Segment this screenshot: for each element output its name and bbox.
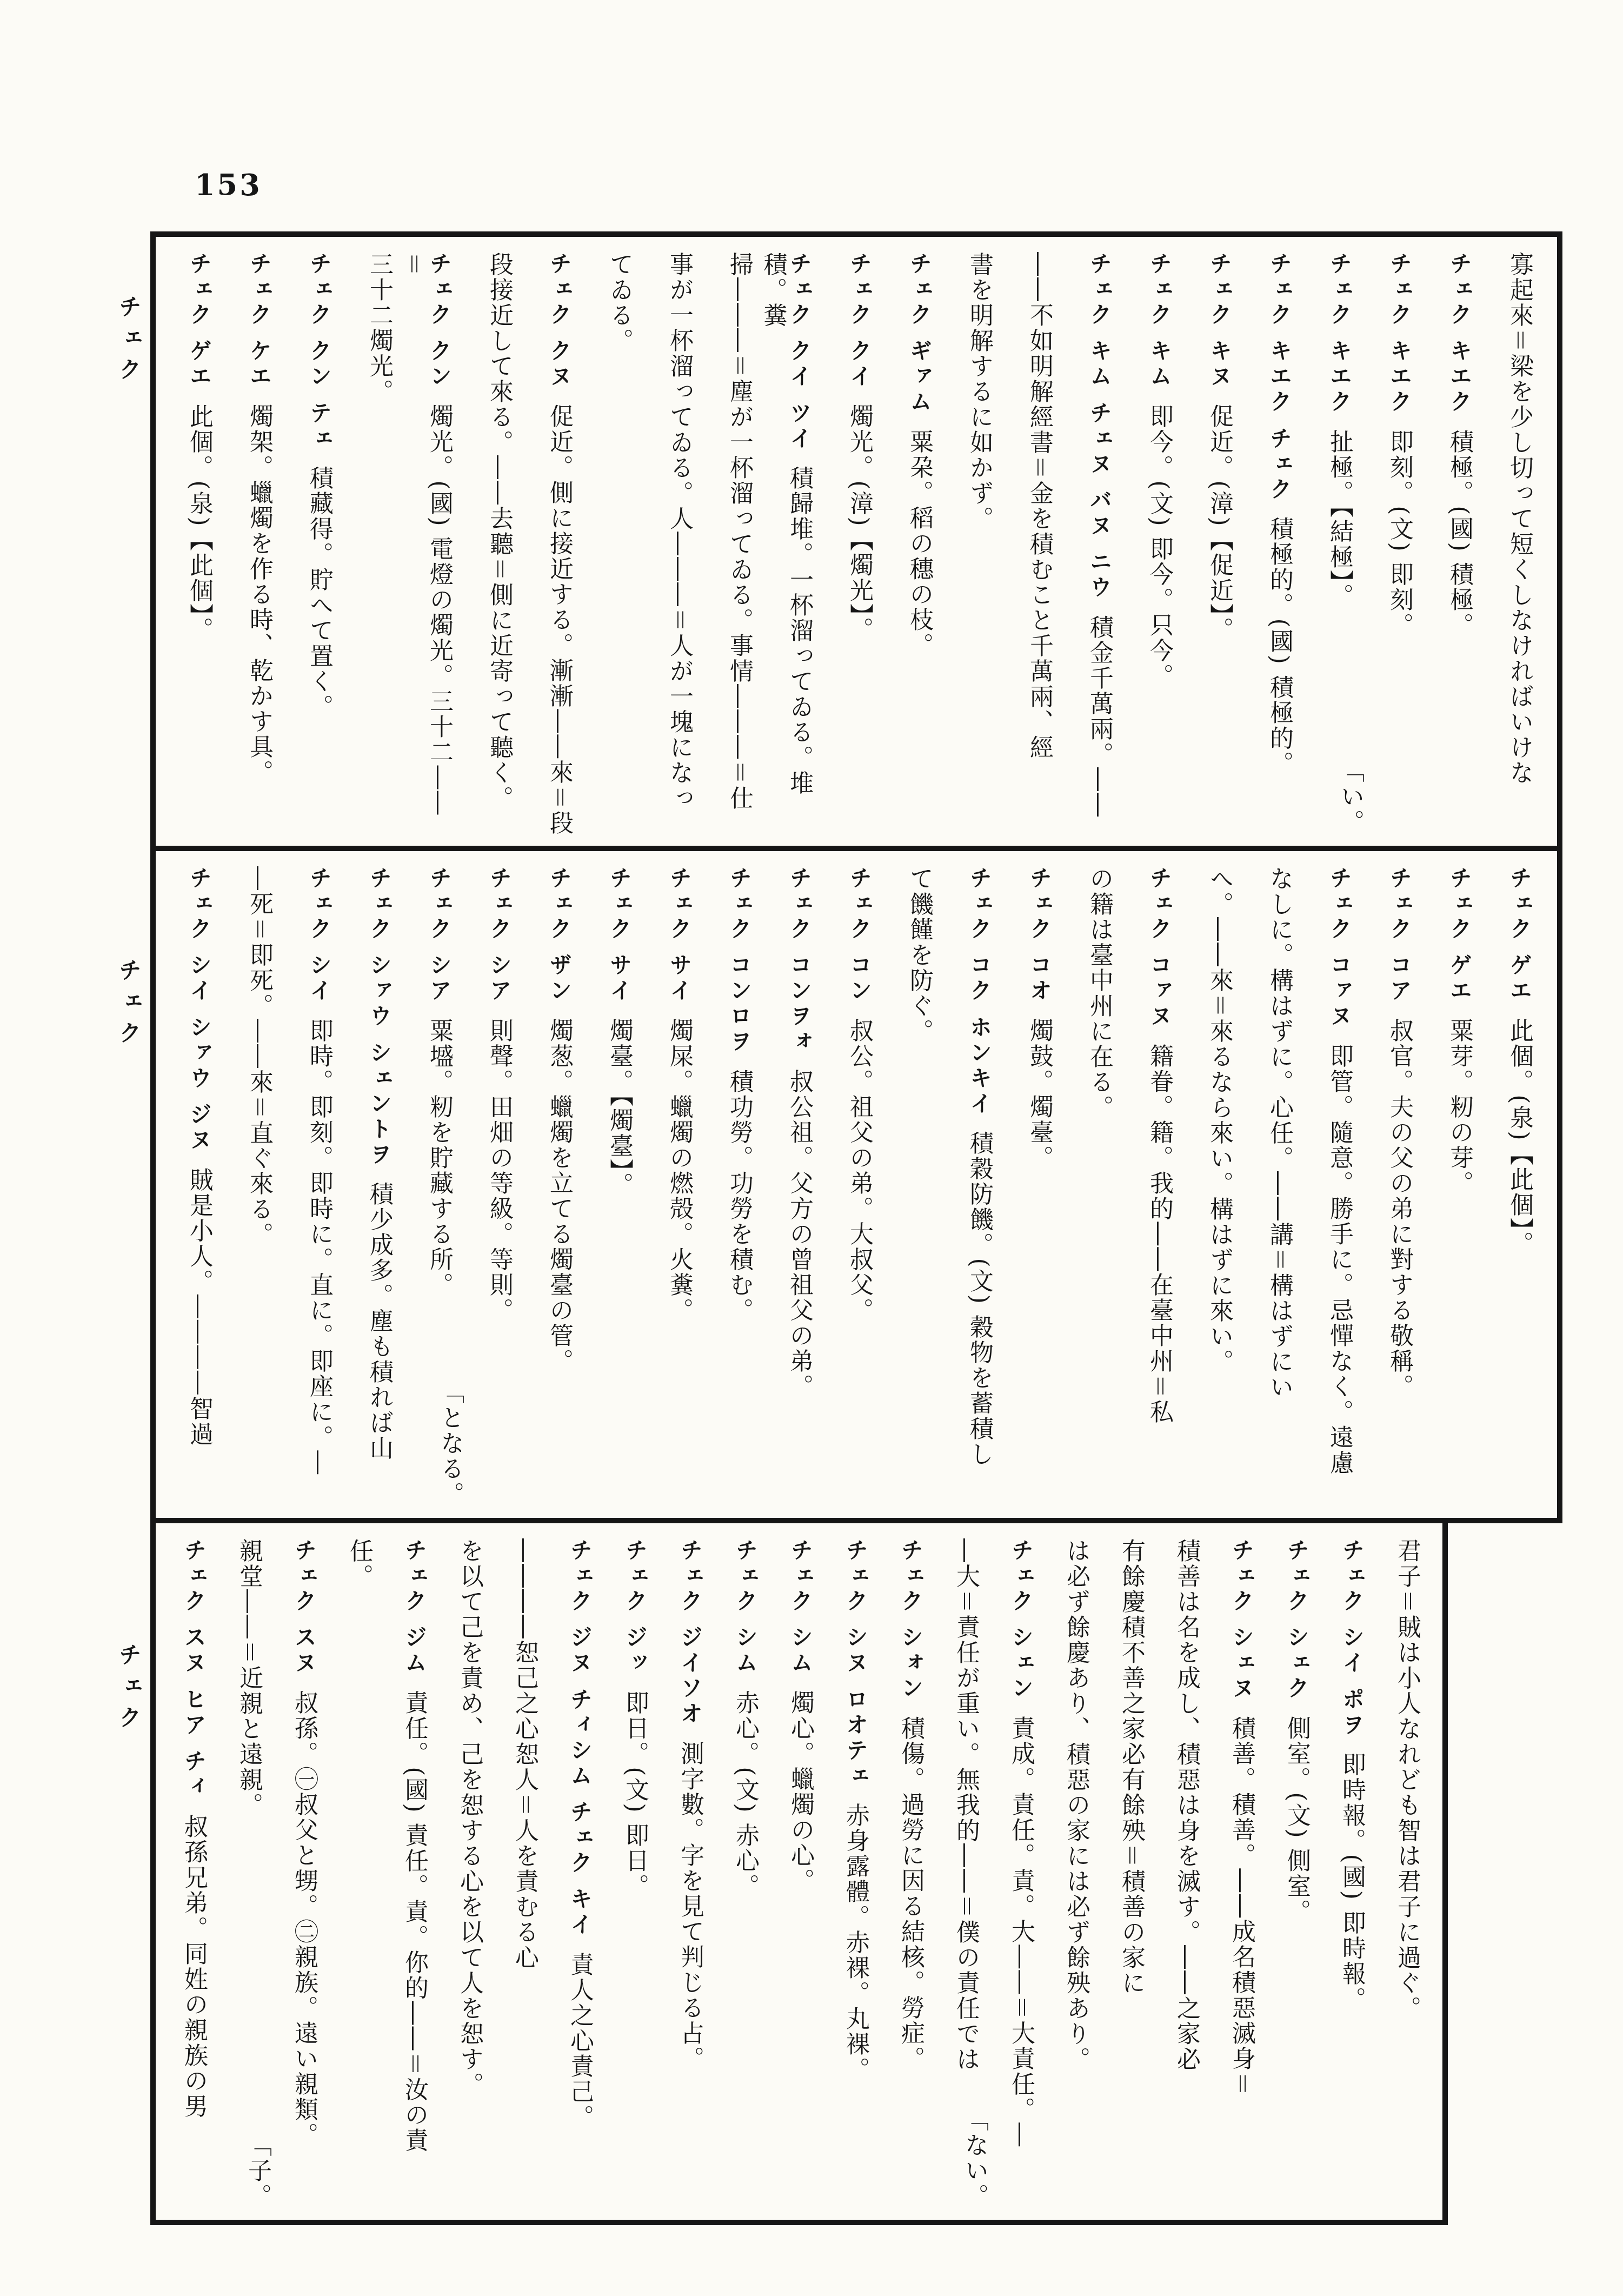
dict-entry-column: 書を明解するに如かず。 xyxy=(946,252,1006,837)
entry-definition-text: 積少成多。塵も積れば山 xyxy=(365,1182,393,1462)
dict-entry-column: チェク ザン燭葱。蠟燭を立てる燭臺の管。 xyxy=(526,866,586,1509)
dict-entry-column: 親堂――＝近親と遠親。「子。 xyxy=(218,1538,274,2211)
dict-entry-column: 積善は名を成し、積惡は身を滅す。――之家必 xyxy=(1156,1538,1211,2211)
dict-entry-column: チェク シェク側室。(文) 側室。 xyxy=(1266,1538,1321,2211)
entry-definition-text: 三十二燭光。 xyxy=(365,252,393,404)
entry-definition-text: ――不如明解經書＝金を積むこと千萬兩、經 xyxy=(1026,252,1053,760)
entry-headword-reading: チェク シイ シァウ ジヌ xyxy=(186,866,212,1167)
entry-headword-reading: チェク コァヌ xyxy=(1146,866,1172,1044)
entry-definition-text: 積善。積善。――成名積惡滅身＝ xyxy=(1228,1716,1255,2097)
entry-headword-reading: チェク ギァム xyxy=(906,252,932,429)
entry-headword-reading: チェク クイ ツイ xyxy=(786,252,812,466)
entry-headword-reading: チェク スヌ xyxy=(291,1538,317,1690)
dict-entry-column: ――不如明解經書＝金を積むこと千萬兩、經 xyxy=(1006,252,1066,837)
entry-definition-text: 有餘慶積不善之家必有餘殃＝積善の家に xyxy=(1118,1538,1145,1996)
dict-entry-column: 三十二燭光。 xyxy=(346,252,406,837)
entry-headword-reading: チェク シム xyxy=(732,1538,758,1690)
entry-headword-reading: チェク シイ ポヲ xyxy=(1339,1538,1365,1753)
entry-definition-text: 積善は名を成し、積惡は身を滅す。――之家必 xyxy=(1173,1538,1200,2072)
dict-entry-column: チェク ゲエ粟芽。籾の芽。 xyxy=(1426,866,1486,1509)
entry-definition-text: 積藏得。貯へて置く。 xyxy=(305,466,333,720)
dict-entry-column: チェク キエク チェク積極的。(國) 積極的。 xyxy=(1246,252,1306,837)
dictionary-band-middle: チェク ゲエ此個。(泉)【此個】。チェク ゲエ粟芽。籾の芽。チェク コア叔官。夫… xyxy=(150,846,1562,1523)
entry-headword-reading: チェク ジヌ チィシム チェク キイ xyxy=(567,1538,593,1952)
dict-entry-column: チェク シイ即時。即刻。即時に。直に。即座に。― xyxy=(286,866,346,1509)
entry-headword-reading: チェク ゲエ xyxy=(186,252,212,404)
dict-entry-column: チェク シォン積傷。過勞に因る結核。勞症。 xyxy=(880,1538,935,2211)
entry-definition-text: 側室。(文) 側室。 xyxy=(1283,1716,1311,1925)
entry-definition-text: 即管。隨意。勝手に。忌憚なく。遠慮 xyxy=(1326,1044,1353,1476)
entry-headword-reading: チェク キム チェヌ バヌ ニウ xyxy=(1086,252,1112,615)
dict-entry-column: 寡起來＝梁を少し切って短くしなければいけな xyxy=(1486,252,1546,837)
margin-reading-label: チェク xyxy=(112,1643,145,1737)
dict-entry-column: ――――恕己之心恕人＝人を責むる心 xyxy=(494,1538,549,2211)
dict-entry-column: チェク キム チェヌ バヌ ニウ積金千萬兩。―― xyxy=(1066,252,1126,837)
entry-definition-text: 燭心。蠟燭の心。 xyxy=(787,1690,814,1894)
dict-entry-column: 段接近して來る。――去聽＝側に近寄って聽く。 xyxy=(466,252,526,837)
entry-headword-reading: チェク キエク チェク xyxy=(1266,252,1292,517)
entry-headword-reading: チェク クヌ xyxy=(546,252,572,404)
dict-entry-column: チェク ジッ即日。(文) 即日。 xyxy=(604,1538,660,2211)
dict-entry-column: チェク コァヌ籍眷。籍。我的――在臺中州＝私 xyxy=(1126,866,1186,1509)
entry-headword-reading: チェク コク ホンキイ xyxy=(966,866,992,1131)
entry-headword-reading: チェク ケエ xyxy=(246,252,272,404)
dict-entry-column: チェク サイ燭臺。【燭臺】。 xyxy=(586,866,646,1509)
entry-headword-reading: チェク クイ xyxy=(846,252,872,404)
entry-definition-text: 燭屎。蠟燭の燃殻。火糞。 xyxy=(666,1018,693,1323)
dict-entry-column: を以て己を責め、己を恕する心を以て人を恕す。 xyxy=(439,1538,494,2211)
entry-definition-text: 則聲。田畑の等級。等則。 xyxy=(485,1018,513,1323)
entry-definition-text: を以て己を責め、己を恕する心を以て人を恕す。 xyxy=(456,1538,483,2098)
entry-headword-reading: チェク ジッ xyxy=(622,1538,648,1690)
entry-definition-text: 書を明解するに如かず。 xyxy=(966,252,993,532)
entry-definition-text: 即時。即刻。即時に。直に。即座に。― xyxy=(305,1018,333,1476)
entry-headword-reading: チェク シヌ ロオテェ xyxy=(842,1538,868,1803)
entry-definition-text: 籍眷。籍。我的――在臺中州＝私 xyxy=(1146,1044,1173,1425)
entry-headword-reading: チェク コン xyxy=(846,866,872,1018)
entry-definition-text: 粟墭。籾を貯藏する所。 xyxy=(425,1018,453,1298)
entry-wrap-tail: 「となる。 xyxy=(437,1380,463,1507)
entry-headword-reading: チェク シイ xyxy=(306,866,332,1018)
entry-definition-text: 粟芽。籾の芽。 xyxy=(1446,1018,1473,1196)
entry-definition-text: 促近。側に接近する。漸漸――來＝段 xyxy=(546,404,573,836)
entry-definition-text: 此個。(泉)【此個】。 xyxy=(1506,1018,1533,1257)
entry-definition-text: て饑饉を防ぐ。 xyxy=(906,866,933,1044)
entry-definition-text: 促近。(漳)【促近】。 xyxy=(1206,404,1233,642)
dict-entry-column: チェク サイ燭屎。蠟燭の燃殻。火糞。 xyxy=(646,866,706,1509)
dict-entry-column: 任。 xyxy=(329,1538,384,2211)
dict-entry-column: チェク コオ燭鼓。燭臺。 xyxy=(1006,866,1066,1509)
dict-entry-column: チェク シア粟墭。籾を貯藏する所。「となる。 xyxy=(406,866,466,1509)
entry-definition-text: の籍は臺中州に在る。 xyxy=(1086,866,1113,1120)
dictionary-band-top: 寡起來＝梁を少し切って短くしなければいけなチェク キエク積極。(國) 積極。チェ… xyxy=(150,231,1562,851)
dict-entry-column: チェク スヌ ヒア チィ叔孫兄弟。同姓の親族の男 xyxy=(163,1538,218,2211)
entry-definition-text: 即刻。(文) 即刻。 xyxy=(1386,429,1413,638)
dict-entry-column: 事が一杯溜ってゐる。人―――＝人が一塊になっ xyxy=(646,252,706,837)
band-columns: 君子＝賊は小人なれども智は君子に過ぐ。チェク シイ ポヲ即時報。(國) 即時報。… xyxy=(156,1523,1442,2220)
dict-entry-column: チェク シア則聲。田畑の等級。等則。 xyxy=(466,866,526,1509)
dict-entry-column: チェク シヌ ロオテェ赤身露體。赤裸。丸裸。 xyxy=(825,1538,880,2211)
dict-entry-column: チェク シム燭心。蠟燭の心。 xyxy=(770,1538,825,2211)
dict-entry-column: チェク キエク扯極。【結極】。「い。 xyxy=(1306,252,1366,837)
dict-entry-column: チェク スヌ叔孫。㊀叔父と甥。㊁親族。遠い親類。 xyxy=(274,1538,329,2211)
entry-definition-text: てゐる。 xyxy=(606,252,633,354)
dict-entry-column: チェク コン叔公。祖父の弟。大叔父。 xyxy=(826,866,886,1509)
dict-entry-column: チェク キム即今。(文) 即今。只今。 xyxy=(1126,252,1186,837)
dict-entry-column: チェク ギァム粟朶。稻の穗の枝。 xyxy=(886,252,946,837)
entry-definition-text: 叔公。祖父の弟。大叔父。 xyxy=(846,1018,873,1323)
entry-definition-text: 寡起來＝梁を少し切って短くしなければいけな xyxy=(1506,252,1533,786)
entry-definition-text: 燭光。(漳)【燭光】。 xyxy=(846,404,873,642)
entry-headword-reading: チェク シェン xyxy=(1008,1538,1034,1716)
entry-headword-reading: チェク キム xyxy=(1146,252,1172,404)
entry-definition-text: 扯極。【結極】。 xyxy=(1326,429,1353,609)
entry-headword-reading: チェク シム xyxy=(787,1538,813,1690)
dict-entry-column: チェク ジイソオ測字數。字を見て判じる占。 xyxy=(660,1538,715,2211)
entry-headword-reading: チェク シェヌ xyxy=(1228,1538,1254,1716)
entry-definition-text: なしに。構はずに。心任。――講＝構はずにい xyxy=(1266,866,1293,1400)
dict-entry-column: チェク コンロヲ積功勞。功勞を積む。 xyxy=(706,866,766,1509)
dict-entry-column: チェク ケエ燭架。蠟燭を作る時、乾かす具。 xyxy=(226,252,286,837)
entry-headword-reading: チェク サイ xyxy=(666,866,692,1018)
entry-definition-text: 責成。責任。責。大――＝大責任。― xyxy=(1007,1716,1035,2148)
entry-headword-reading: チェク キヌ xyxy=(1206,252,1232,404)
entry-definition-text: ―大＝責任が重い。無我的――＝僕の責任では xyxy=(952,1538,980,2072)
entry-headword-reading: チェク コオ xyxy=(1026,866,1052,1018)
entry-definition-text: 此個。(泉)【此個】。 xyxy=(185,404,213,642)
band-columns: 寡起來＝梁を少し切って短くしなければいけなチェク キエク積極。(國) 積極。チェ… xyxy=(156,237,1557,846)
dict-entry-column: チェク シム赤心。(文) 赤心。 xyxy=(715,1538,770,2211)
entry-definition-text: 責任。(國) 責任。責。你的――＝汝の責 xyxy=(401,1690,428,2153)
band-columns: チェク ゲエ此個。(泉)【此個】。チェク ゲエ粟芽。籾の芽。チェク コア叔官。夫… xyxy=(156,851,1557,1518)
entry-definition-text: 即日。(文) 即日。 xyxy=(621,1690,649,1899)
entry-definition-text: 燭葱。蠟燭を立てる燭臺の管。 xyxy=(546,1018,573,1374)
entry-headword-reading: チェク シア xyxy=(426,866,452,1018)
entry-definition-text: 燭臺。【燭臺】。 xyxy=(606,1018,633,1198)
dict-entry-column: の籍は臺中州に在る。 xyxy=(1066,866,1126,1509)
dict-entry-column: チェク シェヌ積善。積善。――成名積惡滅身＝ xyxy=(1211,1538,1266,2211)
entry-definition-text: 積功勞。功勞を積む。 xyxy=(726,1069,753,1323)
entry-headword-reading: チェク キエク xyxy=(1446,252,1472,429)
entry-headword-reading: チェク ゲエ xyxy=(1506,866,1532,1018)
entry-headword-reading: チェク ゲエ xyxy=(1446,866,1472,1018)
dict-entry-column: チェク クイ燭光。(漳)【燭光】。 xyxy=(826,252,886,837)
entry-headword-reading: チェク スヌ ヒア チィ xyxy=(181,1538,207,1814)
entry-headword-reading: チェク キエク xyxy=(1386,252,1412,429)
entry-headword-reading: チェク ジイソオ xyxy=(677,1538,703,1741)
entry-headword-reading: チェク クン テェ xyxy=(306,252,332,466)
entry-definition-text: 親堂――＝近親と遠親。 xyxy=(235,1538,263,1818)
entry-wrap-tail: 「子。 xyxy=(244,2133,270,2209)
entry-definition-text: は必ず餘慶あり、積惡の家には必ず餘殃あり。 xyxy=(1062,1538,1090,2072)
entry-wrap-tail: 「ない。 xyxy=(961,2107,987,2209)
entry-headword-reading: チェク シェク xyxy=(1283,1538,1309,1716)
dict-entry-column: チェク クン テェ積藏得。貯へて置く。 xyxy=(286,252,346,837)
margin-reading-label: チェク xyxy=(112,958,145,1052)
entry-definition-text: 積傷。過勞に因る結核。勞症。 xyxy=(897,1716,924,2072)
dict-entry-column: チェク シェン責成。責任。責。大――＝大責任。― xyxy=(990,1538,1046,2211)
entry-definition-text: 賊是小人。――――智過 xyxy=(185,1167,213,1447)
entry-definition-text: 燭鼓。燭臺。 xyxy=(1026,1018,1053,1171)
entry-headword-reading: チェク コァヌ xyxy=(1326,866,1352,1044)
entry-definition-text: 任。 xyxy=(345,1538,373,1589)
entry-definition-text: 積穀防饑。(文) 穀物を蓄積し xyxy=(966,1131,993,1467)
dict-entry-column: ―大＝責任が重い。無我的――＝僕の責任では「ない。 xyxy=(935,1538,990,2211)
entry-definition-text: 燭架。蠟燭を作る時、乾かす具。 xyxy=(245,404,273,785)
entry-definition-text: 叔孫。㊀叔父と甥。㊁親族。遠い親類。 xyxy=(290,1690,318,2148)
entry-definition-text: 君子＝賊は小人なれども智は君子に過ぐ。 xyxy=(1393,1538,1421,2021)
entry-definition-text: 叔官。夫の父の弟に對する敬稱。 xyxy=(1386,1018,1413,1399)
dict-entry-column: チェク コア叔官。夫の父の弟に對する敬稱。 xyxy=(1366,866,1426,1509)
dict-entry-column: チェク キエク即刻。(文) 即刻。 xyxy=(1366,252,1426,837)
dictionary-page-scan: 153 チェク チェク チェク 寡起來＝梁を少し切って短くしなければいけなチェク… xyxy=(0,0,1623,2296)
dict-entry-column: 君子＝賊は小人なれども智は君子に過ぐ。 xyxy=(1376,1538,1432,2211)
entry-wrap-tail: 「い。 xyxy=(1337,759,1363,835)
dict-entry-column: チェク コンヲォ叔公祖。父方の曾祖父の弟。 xyxy=(766,866,826,1509)
entry-headword-reading: チェク シォン xyxy=(897,1538,923,1716)
dict-entry-column: チェク ゲエ此個。(泉)【此個】。 xyxy=(1486,866,1546,1509)
entry-definition-text: 段接近して來る。――去聽＝側に近寄って聽く。 xyxy=(485,252,513,811)
dict-entry-column: てゐる。 xyxy=(586,252,646,837)
entry-definition-text: 叔孫兄弟。同姓の親族の男 xyxy=(180,1814,208,2119)
entry-headword-reading: チェク コア xyxy=(1386,866,1412,1018)
entry-definition-text: 測字數。字を見て判じる占。 xyxy=(676,1741,704,2072)
dict-entry-column: なしに。構はずに。心任。――講＝構はずにい xyxy=(1246,866,1306,1509)
entry-headword-reading: チェク シア xyxy=(486,866,512,1018)
entry-definition-text: 粟朶。稻の穗の枝。 xyxy=(906,429,933,658)
entry-definition-text: 責人之心責己。 xyxy=(566,1952,594,2130)
dict-entry-column: ―死＝即死。――來＝直ぐ來る。 xyxy=(226,866,286,1509)
entry-definition-text: 赤心。(文) 赤心。 xyxy=(731,1690,759,1899)
dict-entry-column: チェク ジム責任。(國) 責任。責。你的――＝汝の責 xyxy=(384,1538,439,2211)
entry-definition-text: ―死＝即死。――來＝直ぐ來る。 xyxy=(245,866,273,1247)
entry-definition-text: 掃―――＝塵が一杯溜ってゐる。事情―――＝仕 xyxy=(726,252,753,811)
dict-entry-column: チェク コァヌ即管。隨意。勝手に。忌憚なく。遠慮 xyxy=(1306,866,1366,1509)
dict-entry-column: へ。――來＝來るなら來い。構はずに來い。 xyxy=(1186,866,1246,1509)
dict-entry-column: チェク コク ホンキイ積穀防饑。(文) 穀物を蓄積し xyxy=(946,866,1006,1509)
margin-reading-label: チェク xyxy=(112,295,145,389)
dict-entry-column: チェク クイ ツイ積歸堆。一杯溜ってゐる。堆積。糞 xyxy=(766,252,826,837)
entry-headword-reading: チェク キエク xyxy=(1326,252,1352,429)
dict-entry-column: 有餘慶積不善之家必有餘殃＝積善の家に xyxy=(1101,1538,1156,2211)
entry-definition-text: 積金千萬兩。―― xyxy=(1086,615,1113,818)
entry-headword-reading: チェク コンヲォ xyxy=(786,866,812,1069)
entry-definition-text: 事が一杯溜ってゐる。人―――＝人が一塊になっ xyxy=(666,252,693,811)
entry-headword-reading: チェク ジム xyxy=(401,1538,427,1690)
entry-definition-text: 即今。(文) 即今。只今。 xyxy=(1146,404,1173,689)
entry-definition-text: 積極的。(國) 積極的。 xyxy=(1266,517,1293,777)
dict-entry-column: チェク シイ ポヲ即時報。(國) 即時報。 xyxy=(1321,1538,1376,2211)
page-number: 153 xyxy=(195,168,262,202)
dict-entry-column: チェク クン燭光。(國) 電燈の燭光。三十二――＝ xyxy=(406,252,466,837)
entry-definition-text: 積極。(國) 積極。 xyxy=(1446,429,1473,638)
dict-entry-column: は必ず餘慶あり、積惡の家には必ず餘殃あり。 xyxy=(1046,1538,1101,2211)
entry-definition-text: 赤身露體。赤裸。丸裸。 xyxy=(842,1803,869,2083)
dict-entry-column: チェク キエク積極。(國) 積極。 xyxy=(1426,252,1486,837)
dict-entry-column: チェク ジヌ チィシム チェク キイ責人之心責己。 xyxy=(549,1538,604,2211)
dictionary-band-bottom: 君子＝賊は小人なれども智は君子に過ぐ。チェク シイ ポヲ即時報。(國) 即時報。… xyxy=(150,1518,1448,2225)
entry-headword-reading: チェク コンロヲ xyxy=(726,866,752,1069)
dict-entry-column: 掃―――＝塵が一杯溜ってゐる。事情―――＝仕 xyxy=(706,252,766,837)
entry-definition-text: ――――恕己之心恕人＝人を責むる心 xyxy=(511,1538,538,1970)
dict-entry-column: て饑饉を防ぐ。 xyxy=(886,866,946,1509)
entry-headword-reading: チェク サイ xyxy=(606,866,632,1018)
entry-definition-text: へ。――來＝來るなら來い。構はずに來い。 xyxy=(1206,866,1233,1375)
dict-entry-column: チェク クヌ促近。側に接近する。漸漸――來＝段 xyxy=(526,252,586,837)
dict-entry-column: チェク シァウ シェントヲ積少成多。塵も積れば山 xyxy=(346,866,406,1509)
entry-definition-text: 即時報。(國) 即時報。 xyxy=(1338,1753,1366,2012)
entry-headword-reading: チェク シァウ シェントヲ xyxy=(366,866,392,1182)
dict-entry-column: チェク シイ シァウ ジヌ賊是小人。――――智過 xyxy=(166,866,226,1509)
entry-definition-text: 叔公祖。父方の曾祖父の弟。 xyxy=(786,1069,813,1399)
entry-headword-reading: チェク ザン xyxy=(546,866,572,1018)
dict-entry-column: チェク ゲエ此個。(泉)【此個】。 xyxy=(166,252,226,837)
dict-entry-column: チェク キヌ促近。(漳)【促近】。 xyxy=(1186,252,1246,837)
entry-headword-reading: チェク クン xyxy=(426,252,452,404)
